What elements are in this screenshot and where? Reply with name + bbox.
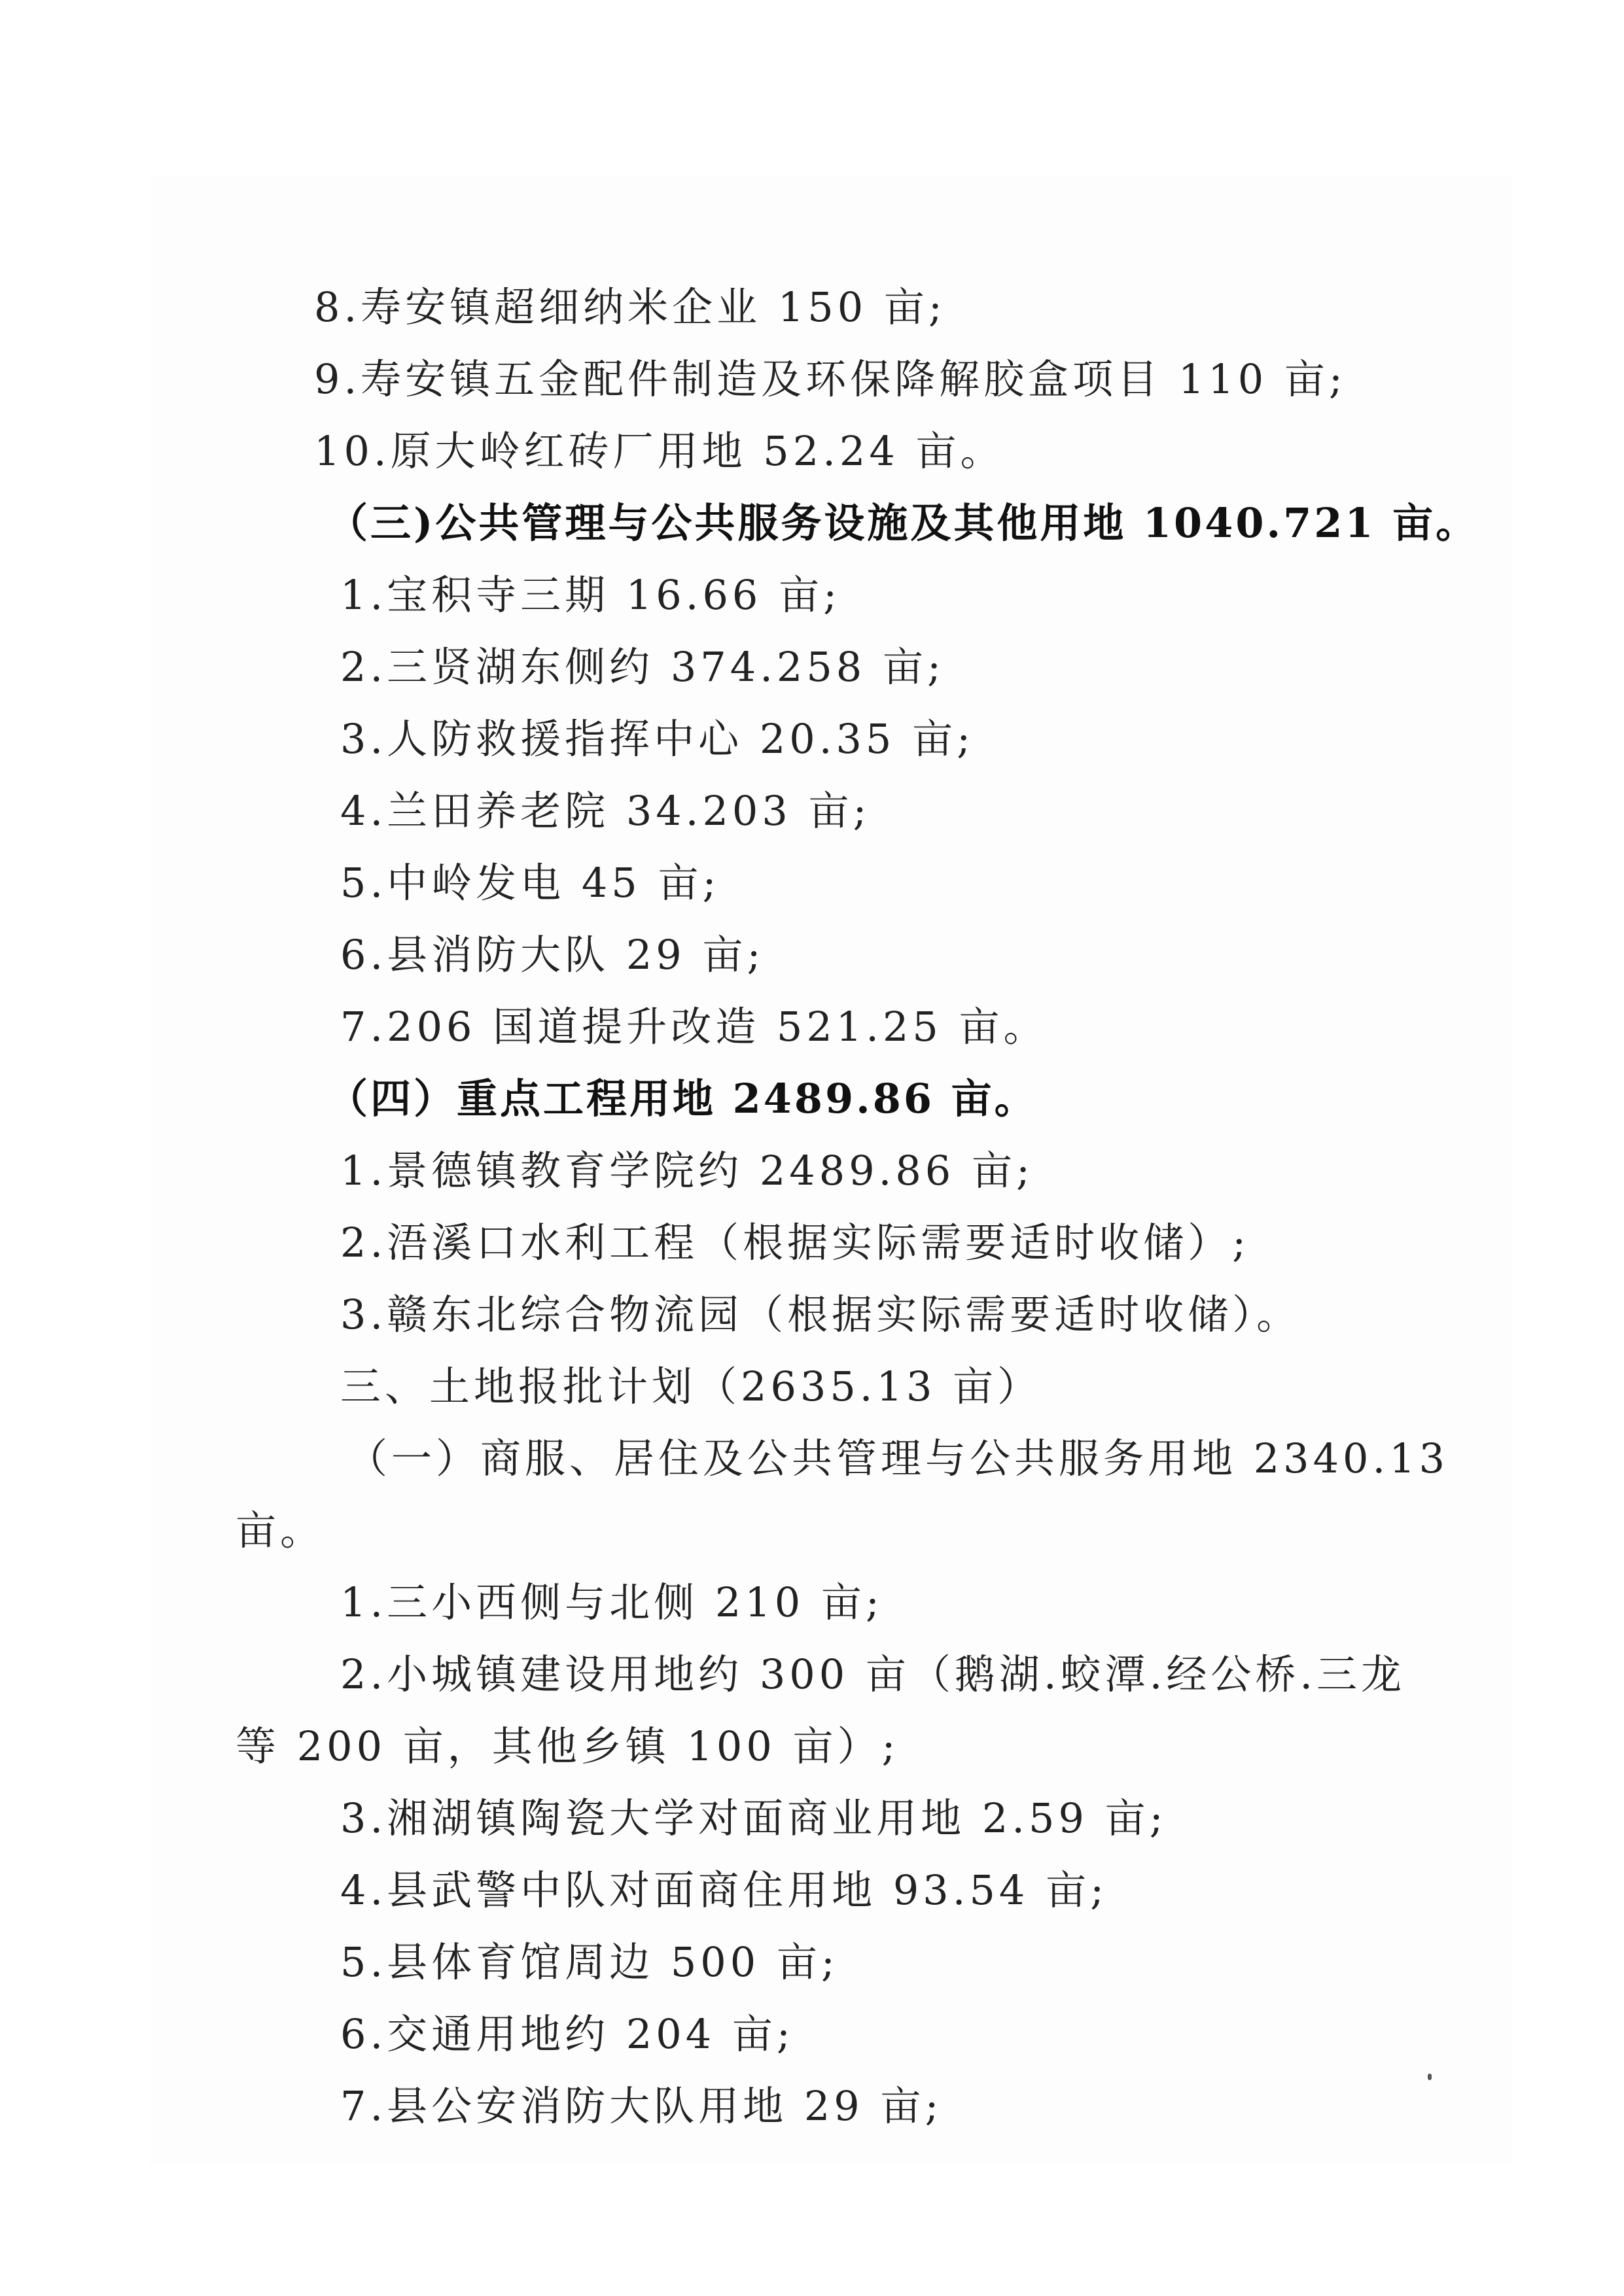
- list-item: 1.景德镇教育学院约 2489.86 亩;: [340, 1145, 1034, 1197]
- list-item: 4.兰田养老院 34.203 亩;: [340, 785, 870, 837]
- part-heading-3: 三、土地报批计划（2635.13 亩）: [340, 1361, 1042, 1413]
- list-item: 5.县体育馆周边 500 亩;: [340, 1936, 839, 1989]
- list-item: 6.交通用地约 204 亩;: [340, 2008, 794, 2061]
- list-item: 6.县消防大队 29 亩;: [340, 929, 764, 981]
- list-item: 10.原大岭红砖厂用地 52.24 亩。: [314, 425, 1005, 478]
- list-item-continued: 等 200 亩，其他乡镇 100 亩）;: [236, 1720, 899, 1773]
- list-item: 7.县公安消防大队用地 29 亩;: [340, 2080, 942, 2132]
- list-item: 7.206 国道提升改造 521.25 亩。: [340, 1001, 1048, 1053]
- list-item: 5.中岭发电 45 亩;: [340, 857, 720, 909]
- list-item: 8.寿安镇超细纳米企业 150 亩;: [314, 281, 946, 334]
- list-item: 2.浯溪口水利工程（根据实际需要适时收储）;: [340, 1217, 1250, 1269]
- list-item: 1.三小西侧与北侧 210 亩;: [340, 1576, 883, 1629]
- list-item: 2.小城镇建设用地约 300 亩（鹅湖.蛟潭.经公桥.三龙: [340, 1648, 1405, 1701]
- list-item: 3.赣东北综合物流园（根据实际需要适时收储）。: [340, 1289, 1301, 1341]
- section-heading-4: （四）重点工程用地 2489.86 亩。: [327, 1073, 1038, 1125]
- section-heading-3: （三)公共管理与公共服务设施及其他用地 1040.721 亩。: [327, 497, 1479, 549]
- list-item: 9.寿安镇五金配件制造及环保降解胶盒项目 110 亩;: [314, 353, 1347, 406]
- subsection-heading-1-continued: 亩。: [236, 1505, 325, 1557]
- list-item: 3.人防救援指挥中心 20.35 亩;: [340, 713, 974, 765]
- scan-artifact: [1428, 2074, 1432, 2080]
- list-item: 2.三贤湖东侧约 374.258 亩;: [340, 641, 945, 693]
- list-item: 3.湘湖镇陶瓷大学对面商业用地 2.59 亩;: [340, 1792, 1167, 1845]
- subsection-heading-1: （一）商服、居住及公共管理与公共服务用地 2340.13: [347, 1433, 1449, 1485]
- list-item: 1.宝积寺三期 16.66 亩;: [340, 569, 841, 621]
- list-item: 4.县武警中队对面商住用地 93.54 亩;: [340, 1864, 1108, 1917]
